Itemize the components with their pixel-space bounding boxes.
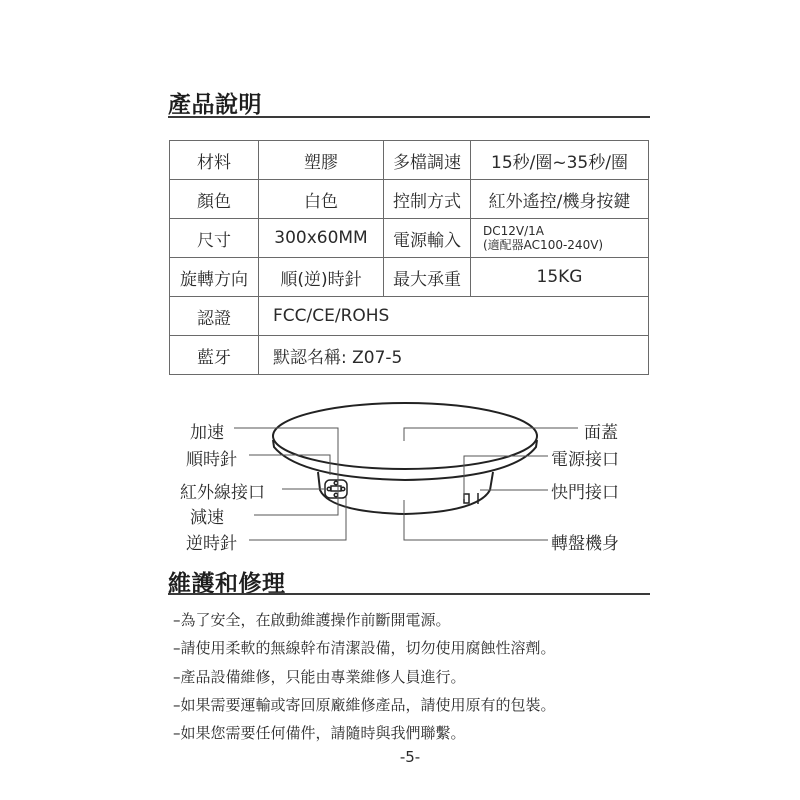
spec-table: 材料 塑膠 多檔調速 15秒/圈~35秒/圈 顏色 白色 控制方式 紅外遙控/機… <box>169 140 649 375</box>
label-clockwise: 順時針 <box>186 445 237 470</box>
spec-value: 白色 <box>259 180 384 219</box>
turntable-diagram: 加速 順時針 紅外線接口 減速 逆時針 面蓋 電源接口 快門接口 轉盤機身 <box>0 395 800 565</box>
heading-divider <box>168 593 650 595</box>
spec-label: 控制方式 <box>384 180 471 219</box>
spec-value: 300x60MM <box>259 219 384 258</box>
label-counterclockwise: 逆時針 <box>186 529 237 554</box>
power-line-1: DC12V/1A <box>483 224 648 238</box>
table-row: 材料 塑膠 多檔調速 15秒/圈~35秒/圈 <box>170 141 649 180</box>
spec-label: 多檔調速 <box>384 141 471 180</box>
spec-value-power: DC12V/1A (適配器AC100-240V) <box>471 219 649 258</box>
spec-value: 默認名稱: Z07-5 <box>259 336 649 375</box>
table-row: 顏色 白色 控制方式 紅外遙控/機身按鍵 <box>170 180 649 219</box>
label-speed-up: 加速 <box>190 418 224 443</box>
spec-value: 紅外遙控/機身按鍵 <box>471 180 649 219</box>
spec-value: 順(逆)時針 <box>259 258 384 297</box>
table-row: 藍牙 默認名稱: Z07-5 <box>170 336 649 375</box>
spec-value: 15秒/圈~35秒/圈 <box>471 141 649 180</box>
label-turntable-body: 轉盤機身 <box>551 529 619 554</box>
spec-label: 顏色 <box>170 180 259 219</box>
maintenance-item: –為了安全，在啟動維護操作前斷開電源。 <box>173 609 451 630</box>
maintenance-item: –請使用柔軟的無線幹布清潔設備，切勿使用腐蝕性溶劑。 <box>173 637 556 658</box>
label-ir-port: 紅外線接口 <box>180 478 265 503</box>
spec-label: 材料 <box>170 141 259 180</box>
spec-value: 塑膠 <box>259 141 384 180</box>
spec-label: 藍牙 <box>170 336 259 375</box>
label-top-cover: 面蓋 <box>584 418 618 443</box>
spec-label: 認證 <box>170 297 259 336</box>
power-line-2: (適配器AC100-240V) <box>483 238 648 252</box>
spec-value: FCC/CE/ROHS <box>259 297 649 336</box>
heading-divider <box>168 116 650 118</box>
spec-label: 電源輸入 <box>384 219 471 258</box>
spec-label: 旋轉方向 <box>170 258 259 297</box>
table-row: 認證 FCC/CE/ROHS <box>170 297 649 336</box>
spec-label: 最大承重 <box>384 258 471 297</box>
maintenance-item: –產品設備維修，只能由專業維修人員進行。 <box>173 666 466 687</box>
table-row: 旋轉方向 順(逆)時針 最大承重 15KG <box>170 258 649 297</box>
table-row: 尺寸 300x60MM 電源輸入 DC12V/1A (適配器AC100-240V… <box>170 219 649 258</box>
spec-value: 15KG <box>471 258 649 297</box>
maintenance-item: –如果您需要任何備件，請隨時與我們聯繫。 <box>173 722 466 743</box>
label-slow-down: 減速 <box>190 503 224 528</box>
page-number: -5- <box>0 748 800 766</box>
label-shutter-port: 快門接口 <box>551 478 619 503</box>
maintenance-item: –如果需要運輸或寄回原廠維修產品，請使用原有的包裝。 <box>173 694 556 715</box>
turntable-illustration <box>0 395 800 565</box>
spec-label: 尺寸 <box>170 219 259 258</box>
label-power-port: 電源接口 <box>551 445 619 470</box>
product-description-heading: 產品說明 <box>168 86 262 119</box>
